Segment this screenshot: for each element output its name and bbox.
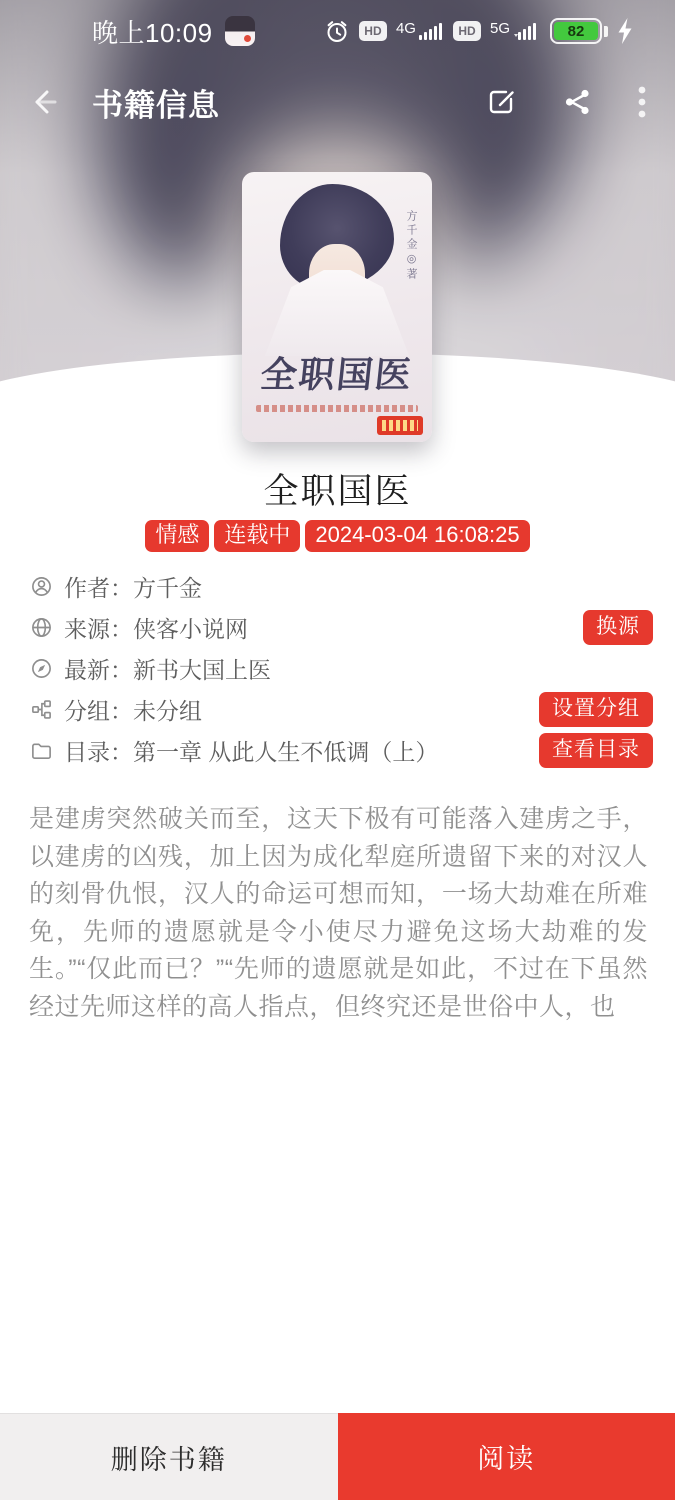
status-bar: 晚上10:09 HD 4G bbox=[0, 0, 675, 62]
group-icon bbox=[30, 698, 53, 721]
lightning-icon bbox=[617, 18, 633, 44]
detail-row-author: 作者：方千金 bbox=[30, 566, 653, 607]
app-notification-icon bbox=[225, 16, 255, 46]
detail-label: 来源： bbox=[64, 616, 133, 642]
detail-value: 侠客小说网 bbox=[133, 616, 248, 642]
battery-indicator: 82 bbox=[550, 18, 608, 44]
detail-row-latest: 最新：新书大国上医 bbox=[30, 648, 653, 689]
book-details: 作者：方千金 来源：侠客小说网 换源 最新：新书大国上医 bbox=[30, 566, 653, 771]
alarm-clock-icon bbox=[324, 18, 350, 44]
detail-value: 新书大国上医 bbox=[133, 657, 271, 683]
source-icon bbox=[30, 616, 53, 639]
cover-title: 全职国医 bbox=[242, 347, 432, 398]
battery-level: 82 bbox=[554, 22, 598, 40]
detail-label: 分组： bbox=[64, 698, 133, 724]
tag-status: 连载中 bbox=[214, 520, 300, 552]
page-title: 书籍信息 bbox=[92, 80, 220, 125]
detail-value: 第一章 从此人生不低调（上） bbox=[133, 739, 438, 765]
tag-row: 情感 连载中 2024-03-04 16:08:25 bbox=[0, 520, 675, 552]
book-title: 全职国医 bbox=[0, 464, 675, 514]
signal-4g: 4G bbox=[396, 22, 444, 40]
detail-value: 未分组 bbox=[133, 698, 202, 724]
status-right: HD 4G HD 5G bbox=[324, 18, 633, 44]
cover-tagline-strip bbox=[256, 405, 418, 412]
status-time: 晚上10:09 bbox=[92, 13, 213, 50]
more-vertical-icon[interactable] bbox=[637, 85, 647, 119]
app-bar: 书籍信息 bbox=[0, 62, 675, 142]
signal-bars-icon bbox=[418, 22, 444, 40]
change-source-button[interactable]: 换源 bbox=[583, 610, 653, 645]
read-button[interactable]: 阅读 bbox=[338, 1413, 675, 1500]
app-bar-actions bbox=[485, 85, 647, 119]
status-left: 晚上10:09 bbox=[92, 13, 255, 50]
tag-genre: 情感 bbox=[145, 520, 209, 552]
detail-label: 最新： bbox=[64, 657, 133, 683]
share-icon[interactable] bbox=[561, 86, 593, 118]
detail-row-source: 来源：侠客小说网 换源 bbox=[30, 607, 653, 648]
hd-badge-icon: HD bbox=[453, 21, 481, 41]
detail-row-catalog: 目录：第一章 从此人生不低调（上） 查看目录 bbox=[30, 730, 653, 771]
detail-label: 目录： bbox=[64, 739, 133, 765]
detail-value: 方千金 bbox=[133, 575, 202, 601]
book-description: 是建虏突然破关而至，这天下极有可能落入建虏之手，以建虏的凶残，加上因为成化犁庭所… bbox=[29, 801, 648, 1026]
catalog-icon bbox=[30, 739, 53, 762]
book-info-screen: 全职国医 晚上10:09 HD 4G bbox=[0, 0, 675, 1500]
tag-updated-time: 2024-03-04 16:08:25 bbox=[305, 520, 529, 552]
cover-publisher-badge bbox=[377, 416, 423, 435]
author-icon bbox=[30, 575, 53, 598]
hd-badge-icon: HD bbox=[359, 21, 387, 41]
set-group-button[interactable]: 设置分组 bbox=[539, 692, 653, 727]
latest-icon bbox=[30, 657, 53, 680]
cover-character-suit bbox=[255, 270, 419, 356]
signal-5g: 5G bbox=[490, 22, 538, 40]
signal-bars-icon bbox=[512, 22, 538, 40]
footer-action-bar: 删除书籍 阅读 bbox=[0, 1413, 675, 1500]
edit-square-icon[interactable] bbox=[485, 86, 517, 118]
back-arrow-icon[interactable] bbox=[28, 85, 62, 119]
view-catalog-button[interactable]: 查看目录 bbox=[539, 733, 653, 768]
detail-label: 作者： bbox=[64, 575, 133, 601]
delete-book-button[interactable]: 删除书籍 bbox=[0, 1413, 338, 1500]
cover-author-vertical: 方千金◎著 bbox=[403, 210, 419, 282]
book-cover[interactable]: 方千金◎著 全职国医 bbox=[242, 172, 432, 442]
detail-row-group: 分组：未分组 设置分组 bbox=[30, 689, 653, 730]
